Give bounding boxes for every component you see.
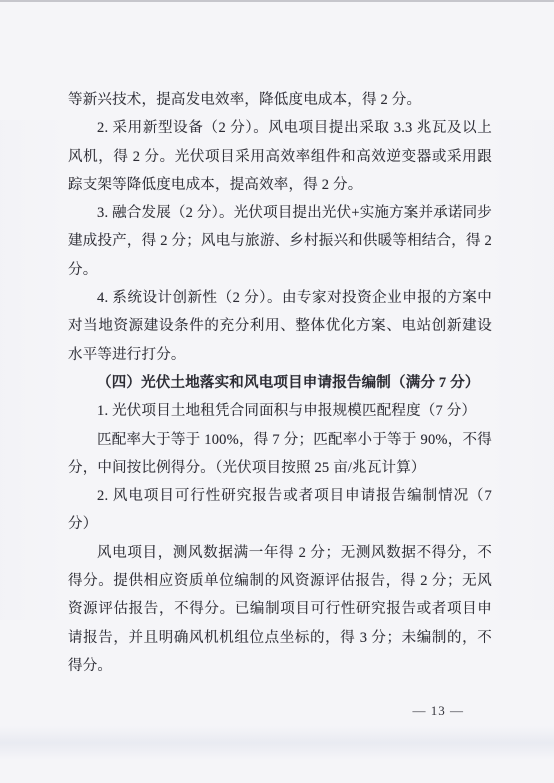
paragraph: 2. 风电项目可行性研究报告或者项目申请报告编制情况（7 分） <box>68 482 492 539</box>
document-page: 等新兴技术，提高发电效率，降低度电成本，得 2 分。2. 采用新型设备（2 分）… <box>0 0 554 783</box>
paragraph: 匹配率大于等于 100%，得 7 分；匹配率小于等于 90%，不得分，中间按比例… <box>68 426 492 483</box>
paragraph: 风电项目，测风数据满一年得 2 分；无测风数据不得分，不得分。提供相应资质单位编… <box>68 539 492 680</box>
scan-edge-artifact <box>0 0 554 2</box>
page-number: — 13 — <box>413 703 465 719</box>
paragraph: 2. 采用新型设备（2 分）。风电项目提出采取 3.3 兆瓦及以上风机，得 2 … <box>68 114 492 199</box>
document-body: 等新兴技术，提高发电效率，降低度电成本，得 2 分。2. 采用新型设备（2 分）… <box>68 86 492 680</box>
section-heading: （四）光伏土地落实和风电项目申请报告编制（满分 7 分） <box>68 369 492 397</box>
paragraph: 3. 融合发展（2 分）。光伏项目提出光伏+实施方案并承诺同步建成投产，得 2 … <box>68 199 492 284</box>
paragraph: 等新兴技术，提高发电效率，降低度电成本，得 2 分。 <box>68 86 492 114</box>
paragraph: 4. 系统设计创新性（2 分）。由专家对投资企业申报的方案中对当地资源建设条件的… <box>68 284 492 369</box>
paragraph: 1. 光伏项目土地租凭合同面积与申报规模匹配程度（7 分） <box>68 397 492 425</box>
scan-band-artifact <box>0 726 554 760</box>
